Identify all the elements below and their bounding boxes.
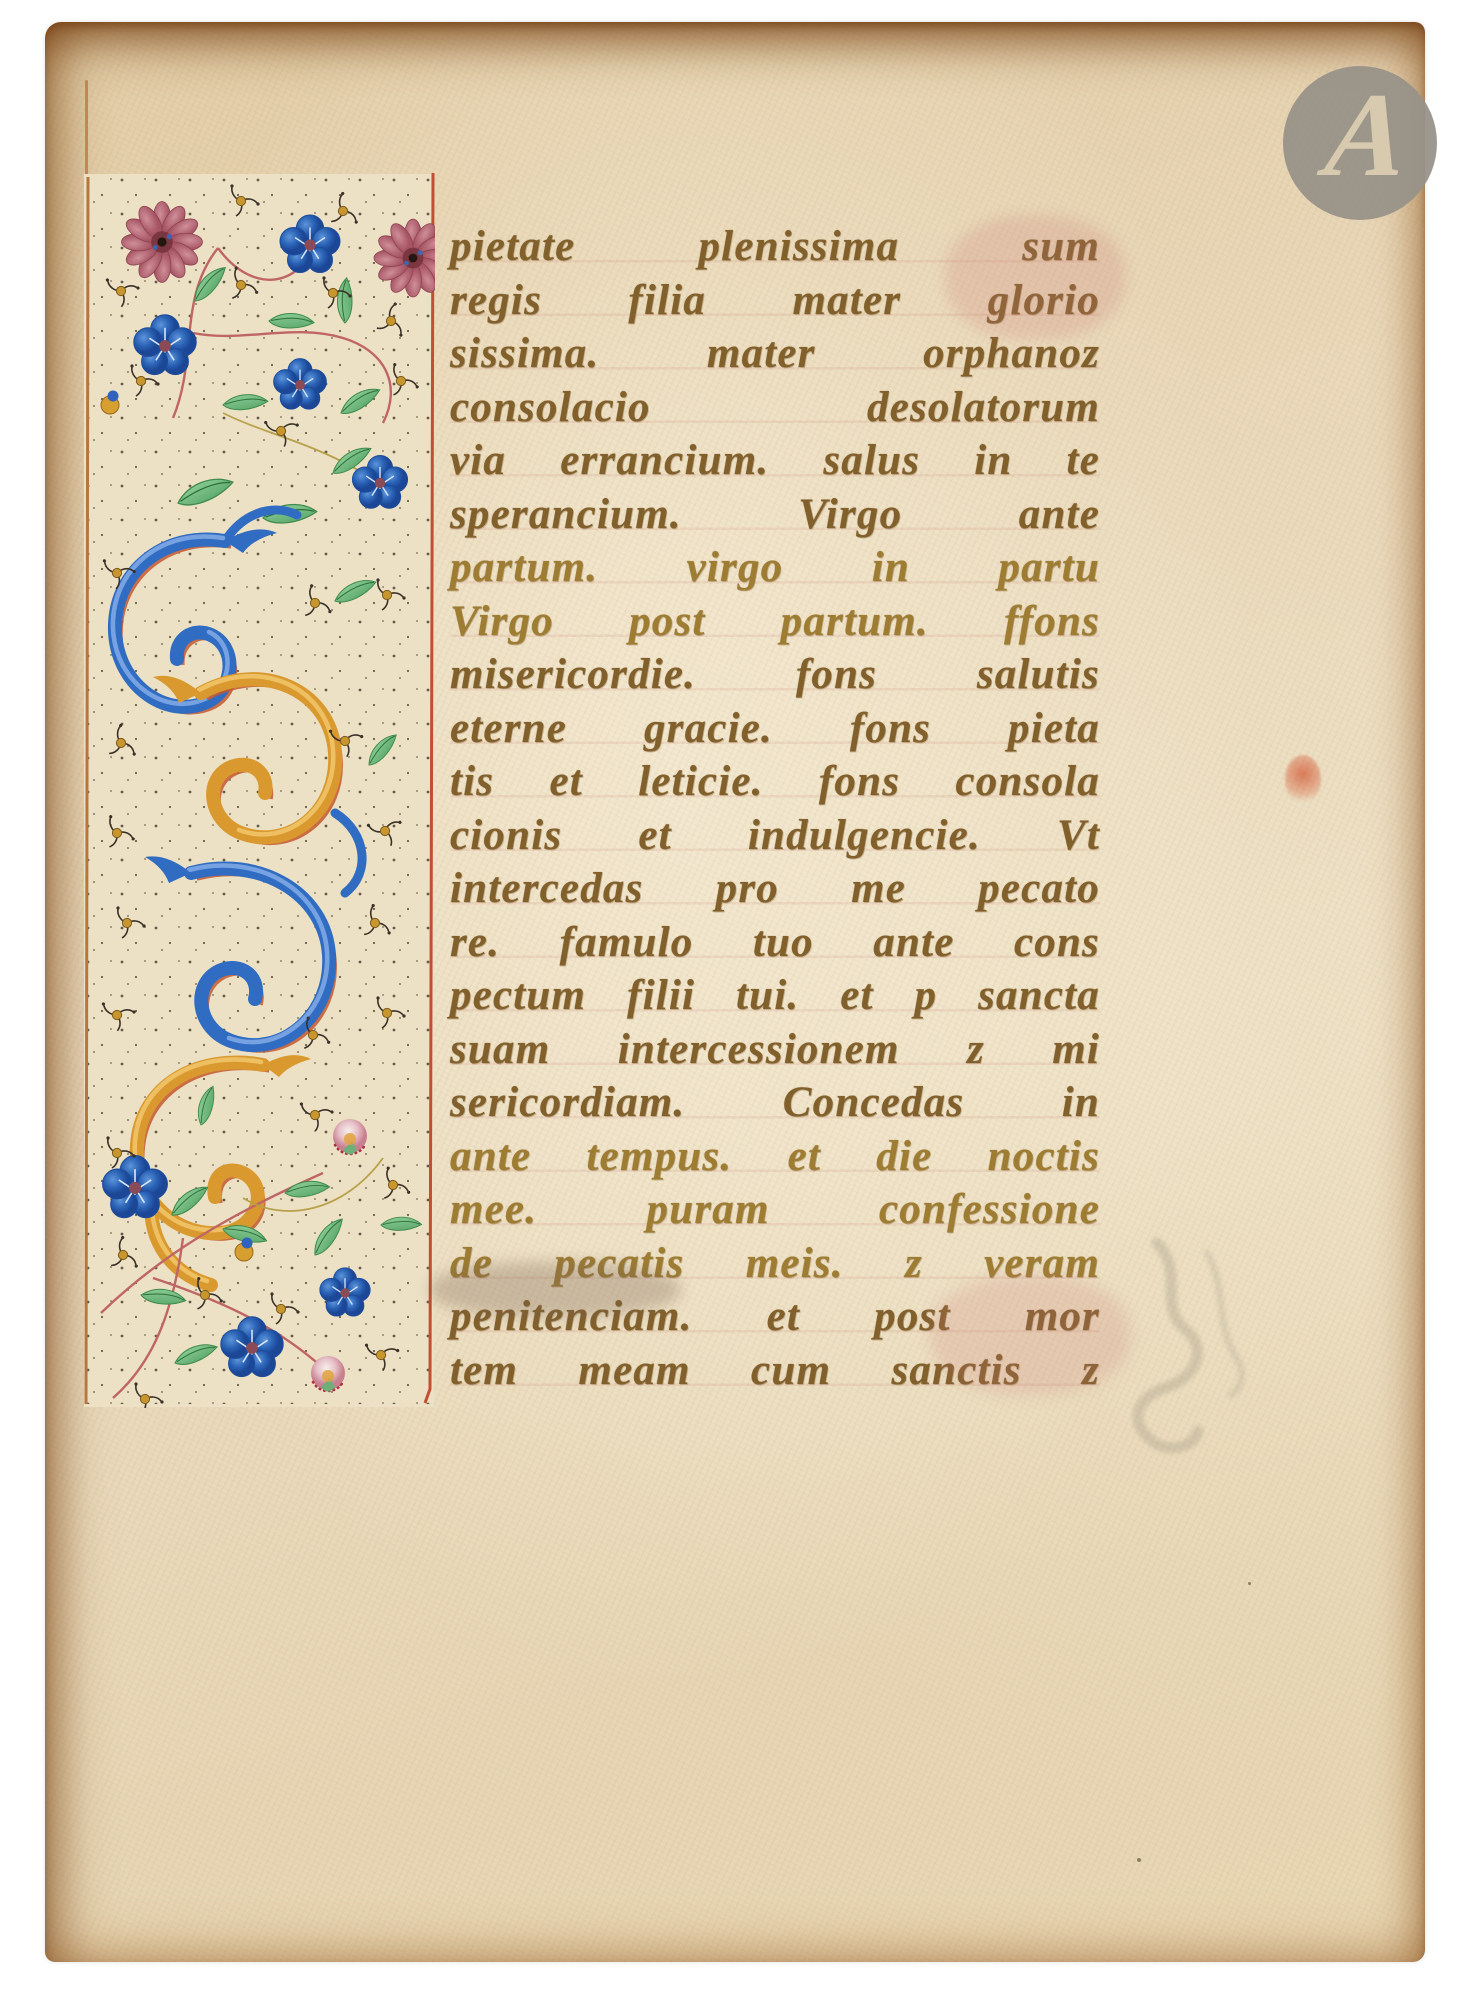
text-line: cionis et indulgencie. Vt [450, 809, 1100, 863]
manuscript-photo: pietate plenissima sum regis filia mater… [0, 0, 1464, 2000]
text-line: sperancium. Virgo ante [450, 488, 1100, 542]
ink-speck [1137, 1858, 1141, 1862]
text-line: misericordie. fons salutis [450, 648, 1100, 702]
text-line: tis et leticie. fons consola [450, 755, 1100, 809]
text-line: pietate plenissima sum [450, 220, 1100, 274]
watermark-letter: A [1321, 75, 1414, 195]
border-frame-left-line [86, 177, 88, 1404]
text-line: penitenciam. et post mor [450, 1290, 1100, 1344]
text-line: Virgo post partum. ffons [450, 595, 1100, 649]
text-line: via errancium. salus in te [450, 434, 1100, 488]
text-line: eterne gracie. fons pieta [450, 702, 1100, 756]
text-line: ante tempus. et die noctis [450, 1130, 1100, 1184]
text-line: mee. puram confessione [450, 1183, 1100, 1237]
margin-rule-line [85, 80, 88, 176]
text-block: pietate plenissima sum regis filia mater… [450, 220, 1100, 1397]
text-line: sissima. mater orphanoz [450, 327, 1100, 381]
text-line: consolacio desolatorum [450, 381, 1100, 435]
text-line: re. famulo tuo ante cons [450, 916, 1100, 970]
ghost-flourish-offset [1095, 1235, 1265, 1475]
text-line: intercedas pro me pecato [450, 862, 1100, 916]
text-line: partum. virgo in partu [450, 541, 1100, 595]
ader-logo-watermark: A [1283, 66, 1437, 220]
text-line: tem meam cum sanctis z [450, 1344, 1100, 1398]
red-ink-spot [1285, 755, 1321, 805]
text-line: regis filia mater glorio [450, 274, 1100, 328]
illuminated-border [83, 173, 435, 1408]
text-line: pectum filii tui. et p sancta [450, 969, 1100, 1023]
text-line: de pecatis meis. z veram [450, 1237, 1100, 1291]
text-line: sericordiam. Concedas in [450, 1076, 1100, 1130]
text-line: suam intercessionem z mi [450, 1023, 1100, 1077]
ink-speck [1248, 1582, 1251, 1585]
